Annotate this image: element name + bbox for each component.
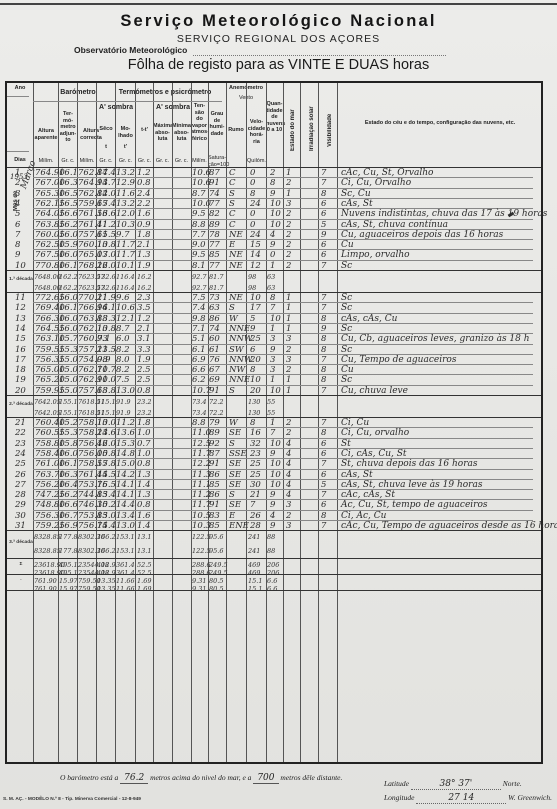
summary-value: 115.1: [97, 409, 116, 417]
summary-value: 122.5: [192, 533, 211, 541]
cell-diff: 1.6: [137, 511, 151, 521]
cell-tensao: 7.4: [192, 303, 206, 313]
cell-term: 16.2: [59, 490, 78, 500]
cell-term: 15.9: [59, 240, 78, 250]
cell-vis: 7: [321, 303, 326, 313]
cell-diff: 0.8: [137, 500, 151, 510]
col-quantidade: Quan-tidade de nuvens 0 a 10: [266, 101, 283, 134]
summary-value: 52.5: [137, 569, 151, 577]
day-number: 23: [15, 439, 26, 449]
cell-mar: 3: [286, 334, 291, 344]
cell-molh: 8.2: [116, 345, 130, 355]
cell-rumo: W: [229, 418, 238, 428]
cell-vel: 10: [250, 293, 261, 303]
cell-term: 16.9: [59, 521, 78, 531]
cell-molh: 14.2: [116, 470, 135, 480]
cell-nuv: 8: [270, 178, 275, 188]
cell-nuv: 7: [270, 428, 275, 438]
cell-vel: 0: [250, 178, 255, 188]
cell-rumo: C: [229, 220, 236, 230]
cell-mar: 2: [286, 418, 291, 428]
summary-value: 132.6: [97, 273, 116, 281]
cell-diff: 0.8: [137, 178, 151, 188]
cell-vel: 32: [250, 439, 261, 449]
cell-vel: 25: [250, 459, 261, 469]
cell-molh: 15.0: [116, 459, 135, 469]
cell-molh: 13.2: [116, 199, 135, 209]
cell-mar: 1: [286, 314, 291, 324]
summary-value: 153.1: [116, 547, 135, 555]
cell-vel: 9: [250, 324, 255, 334]
col-ano: Ano: [8, 85, 32, 92]
day-number: 12: [15, 303, 26, 313]
summary-value: 162.2: [59, 273, 78, 281]
cell-rumo: SSE: [229, 449, 247, 459]
cell-term: 16.2: [59, 220, 78, 230]
col-maxima: Máxima abso-luta: [153, 123, 172, 143]
cell-nuv: 3: [270, 365, 275, 375]
cell-rumo: NNE: [229, 324, 250, 334]
cell-grau: 74: [209, 324, 220, 334]
cell-mar: 4: [286, 439, 291, 449]
cell-nuv: 9: [270, 345, 275, 355]
cell-vel: 20: [250, 355, 261, 365]
cell-tensao: 8.7: [192, 189, 206, 199]
cell-nuv: 4: [270, 230, 275, 240]
col-a-sombra-2: A' sombra: [153, 105, 193, 112]
summary-value: 23.2: [137, 409, 151, 417]
summary-value: 11.66: [116, 585, 135, 593]
cell-rumo: SE: [229, 480, 241, 490]
cell-mar: 4: [286, 459, 291, 469]
cell-vis: 7: [321, 293, 326, 303]
cell-term: 15.0: [59, 355, 78, 365]
summary-value: 95.6: [209, 547, 223, 555]
col-molhado: Mo-lhado: [116, 126, 135, 139]
cell-seco: 13.3: [97, 314, 116, 324]
cell-seco: 14.6: [97, 428, 116, 438]
summary-value: 166.2: [97, 533, 116, 541]
cell-vel: 8: [250, 418, 255, 428]
observatory-blank-line: [193, 55, 446, 56]
summary-value: 288.6: [192, 561, 211, 569]
cell-mar: 2: [286, 209, 291, 219]
cell-molh: 9.7: [116, 230, 130, 240]
summary-value: 13.35: [97, 585, 116, 593]
summary-value: 116.4: [116, 273, 135, 281]
cell-vis: 7: [321, 261, 326, 271]
cell-molh: 6.0: [116, 334, 130, 344]
day-number: 31: [15, 521, 26, 531]
cell-grau: 79: [209, 418, 220, 428]
cell-grau: 85: [209, 521, 220, 531]
cell-molh: 15.3: [116, 439, 135, 449]
cell-diff: 1.4: [137, 480, 151, 490]
cell-vel: 0: [250, 168, 255, 178]
cell-nuv: 1: [270, 261, 275, 271]
summary-value: 495.1: [59, 561, 78, 569]
summary-value: 166.2: [97, 547, 116, 555]
cell-seco: 11.2: [97, 220, 116, 230]
summary-label: 3.ª década: [8, 540, 34, 546]
cell-seco: 11.5: [97, 230, 116, 240]
cell-term: 15.2: [59, 418, 78, 428]
summary-value: 13.35: [97, 577, 116, 585]
cell-vis: 7: [321, 459, 326, 469]
cell-molh: 12.1: [116, 314, 135, 324]
cell-grau: 85: [209, 250, 220, 260]
day-number: 10: [15, 261, 26, 271]
cell-vis: 6: [321, 470, 326, 480]
col-minima: Mínima abso-luta: [172, 123, 191, 143]
cell-seco: 15.0: [97, 511, 116, 521]
day-number: 21: [15, 418, 26, 428]
cell-molh: 14.1: [116, 480, 135, 490]
cell-nuv: 1: [270, 324, 275, 334]
cell-nuv: 10: [270, 220, 281, 230]
cell-molh: 8.2: [116, 365, 130, 375]
cell-term: 16.4: [59, 480, 78, 490]
summary-value: 116.4: [116, 284, 135, 292]
latitude-line: Latitude 38° 37' Norte.: [384, 779, 522, 790]
cell-diff: 2.5: [137, 375, 151, 385]
cell-vel: 20: [250, 386, 261, 396]
cell-mar: 1: [286, 324, 291, 334]
cell-tensao: 6.9: [192, 355, 206, 365]
cell-grau: 87: [209, 449, 220, 459]
cell-tensao: 9.8: [192, 314, 206, 324]
cell-term: 15.0: [59, 375, 78, 385]
cell-vel: 23: [250, 449, 261, 459]
cell-mar: 1: [286, 189, 291, 199]
cell-nuv: 10: [270, 459, 281, 469]
day-number: 30: [15, 511, 26, 521]
summary-value: 115.1: [97, 398, 116, 406]
cell-tensao: 9.5: [192, 250, 206, 260]
cell-vis: 7: [321, 355, 326, 365]
cell-diff: 2.5: [137, 365, 151, 375]
cell-nuv: 1: [270, 418, 275, 428]
cell-diff: 1.0: [137, 449, 151, 459]
cell-vis: 9: [321, 230, 326, 240]
cell-diff: 1.8: [137, 230, 151, 240]
cell-rumo: C: [229, 178, 236, 188]
summary-value: 469: [248, 561, 260, 569]
cell-rumo: E: [229, 511, 235, 521]
cell-mar: 2: [286, 240, 291, 250]
barometer-mid: metros acima do nivel do mar, e a: [150, 773, 251, 782]
summary-value: 495.1: [59, 569, 78, 577]
summary-value: 206: [267, 569, 279, 577]
day-number: 20: [15, 386, 26, 396]
cell-vis: 8: [321, 189, 326, 199]
summary-value: 73.4: [192, 409, 206, 417]
cell-nuv: 10: [270, 480, 281, 490]
cell-seco: 14.0: [97, 189, 116, 199]
cell-vel: 12: [250, 261, 261, 271]
col-seco: Sêco: [97, 126, 115, 133]
cell-tensao: 9.5: [192, 209, 206, 219]
cell-mar: 2: [286, 365, 291, 375]
cell-term: 15.0: [59, 365, 78, 375]
day-number: 8: [15, 240, 20, 250]
cell-vis: 7: [321, 418, 326, 428]
cell-vis: 6: [321, 250, 326, 260]
day-number: 2: [15, 178, 20, 188]
cell-seco: 10.7: [97, 365, 116, 375]
cell-molh: 11.7: [116, 240, 135, 250]
day-number: 28: [15, 490, 26, 500]
cell-grau: 89: [209, 220, 220, 230]
cell-seco: 13.0: [97, 418, 116, 428]
summary-value: 6.6: [267, 577, 277, 585]
cell-seco: 15.2: [97, 500, 116, 510]
day-number: 6: [15, 220, 20, 230]
cell-nuv: 4: [270, 511, 275, 521]
cell-nuv: 3: [270, 334, 275, 344]
day-number: 1: [15, 168, 20, 178]
cell-vis: 7: [321, 168, 326, 178]
longitude-line: Longitude 27 14 W. Greenwich.: [384, 793, 552, 804]
col-altura-aparente: Altura aparente: [34, 128, 58, 141]
summary-label: ·: [8, 578, 34, 584]
cell-grau: 60: [209, 334, 220, 344]
cell-molh: 11.6: [116, 189, 135, 199]
cell-tensao: 8.8: [192, 220, 206, 230]
cell-vel: 7: [250, 500, 255, 510]
cell-vel: 5: [250, 314, 255, 324]
summary-value: 92.7: [192, 284, 206, 292]
cell-seco: 16.0: [97, 439, 116, 449]
summary-value: 7642.05: [34, 398, 61, 406]
cell-vel: 17: [250, 303, 261, 313]
cell-tensao: 7.7: [192, 230, 206, 240]
cell-mar: 4: [286, 490, 291, 500]
cell-vel: 25: [250, 334, 261, 344]
summary-label: Σ: [8, 562, 34, 568]
cell-seco: 15.5: [97, 480, 116, 490]
summary-value: 249.5: [209, 569, 228, 577]
cell-seco: 9.9: [97, 355, 111, 365]
cell-diff: 1.2: [137, 314, 151, 324]
day-number: 26: [15, 470, 26, 480]
unit-tensao: Milím.: [191, 158, 208, 165]
cell-tensao: 6.1: [192, 345, 206, 355]
cell-vis: 6: [321, 449, 326, 459]
cell-term: 16.1: [59, 261, 78, 271]
cell-nuv: 9: [270, 490, 275, 500]
cell-seco: 13.8: [97, 240, 116, 250]
cell-mar: 2: [286, 220, 291, 230]
cell-term: 15.0: [59, 386, 78, 396]
cell-vis: 6: [321, 209, 326, 219]
cell-grau: 91: [209, 459, 220, 469]
cell-diff: 3.5: [137, 303, 151, 313]
day-number: 7: [15, 230, 20, 240]
cell-mar: 2: [286, 511, 291, 521]
cell-rumo: ENE: [229, 521, 249, 531]
summary-value: 241: [248, 547, 260, 555]
observatory-label: Observatório Meteorológico: [74, 45, 187, 55]
summary-value: 72.2: [209, 398, 223, 406]
summary-value: 361.4: [116, 561, 135, 569]
summary-value: 16.2: [137, 284, 151, 292]
cell-mar: 1: [286, 293, 291, 303]
summary-value: 7648.00: [34, 284, 61, 292]
cell-tensao: 5.1: [192, 334, 206, 344]
cell-mar: 1: [286, 375, 291, 385]
col-irradiacao: Irradiação solar: [309, 91, 315, 166]
cell-term: 16.1: [59, 459, 78, 469]
cell-rumo: SE: [229, 500, 241, 510]
cell-term: 16.5: [59, 189, 78, 199]
cell-seco: 15.5: [97, 470, 116, 480]
cell-diff: 0.8: [137, 386, 151, 396]
col-termometro-adjunto: Ter-mó-metro adjun-to: [59, 111, 77, 144]
cell-remark: Ci, Cu, orvalho: [341, 427, 409, 439]
cell-tensao: 8.8: [192, 418, 206, 428]
cell-tensao: 7.1: [192, 324, 206, 334]
cell-grau: 67: [209, 365, 220, 375]
latitude-label: Latitude: [384, 779, 409, 788]
col-rumo: Rumo: [226, 127, 246, 134]
cell-vis: 8: [321, 511, 326, 521]
col-velocidade: Velo-cidade horá-ria: [247, 119, 266, 145]
cell-rumo: SE: [229, 470, 241, 480]
summary-value: 130: [248, 409, 260, 417]
cell-diff: 1.0: [137, 428, 151, 438]
cell-term: 15.7: [59, 334, 78, 344]
cell-rumo: C: [229, 209, 236, 219]
cell-nuv: 7: [270, 303, 275, 313]
cell-term: 16.0: [59, 324, 78, 334]
cell-tensao: 8.1: [192, 261, 206, 271]
cell-grau: 77: [209, 199, 220, 209]
cell-rumo: NE: [229, 250, 243, 260]
cell-grau: 76: [209, 355, 220, 365]
unit-t-diff: Gr. c.: [136, 158, 153, 165]
summary-value: 98: [248, 273, 256, 281]
cell-vis: 7: [321, 490, 326, 500]
cell-grau: 86: [209, 314, 220, 324]
summary-value: 55: [267, 409, 275, 417]
cell-tensao: 9.0: [192, 240, 206, 250]
cell-term: 15.3: [59, 345, 78, 355]
cell-grau: 61: [209, 345, 220, 355]
cell-rumo: NW: [229, 365, 245, 375]
cell-term: 15.3: [59, 428, 78, 438]
cell-diff: 0.9: [137, 220, 151, 230]
summary-value: 15.97: [59, 577, 78, 585]
form-model-label: S. M. AÇ. - MODÊLO N.º 8 - Tip. Minerva …: [3, 797, 141, 802]
summary-value: 98: [248, 284, 256, 292]
cell-diff: 1.6: [137, 209, 151, 219]
cell-seco: 10.8: [97, 324, 116, 334]
cell-diff: 2.2: [137, 199, 151, 209]
cell-grau: 77: [209, 261, 220, 271]
register-table: Ano 1953 Mês de Março Dias Barómetro Alt…: [5, 81, 543, 764]
cell-rumo: C: [229, 168, 236, 178]
cell-grau: 63: [209, 303, 220, 313]
cell-mar: 1: [286, 168, 291, 178]
page-subtitle: SERVIÇO REGIONAL DOS AÇORES: [0, 33, 557, 45]
cell-rumo: SE: [229, 459, 241, 469]
day-number: 22: [15, 428, 26, 438]
cell-vis: 5: [321, 220, 326, 230]
cell-seco: 15.8: [97, 449, 116, 459]
cell-mar: 1: [286, 386, 291, 396]
cell-vel: 21: [250, 490, 261, 500]
cell-diff: 2.4: [137, 189, 151, 199]
day-number: 15: [15, 334, 26, 344]
cell-nuv: 2: [270, 168, 275, 178]
day-number: 5: [15, 209, 20, 219]
cell-grau: 86: [209, 490, 220, 500]
cell-term: 16.5: [59, 199, 78, 209]
summary-value: 8328.85: [34, 547, 61, 555]
summary-value: 11.66: [116, 577, 135, 585]
unit-altura-correcta: Milím.: [78, 158, 96, 165]
cell-rumo: NE: [229, 261, 243, 271]
col-dias: Dias: [8, 157, 32, 164]
cell-seco: 13.0: [97, 250, 116, 260]
summary-value: 206: [267, 561, 279, 569]
cell-term: 16.3: [59, 178, 78, 188]
summary-value: 95.6: [209, 533, 223, 541]
day-number: 3: [15, 189, 20, 199]
cell-rumo: W: [229, 314, 238, 324]
summary-value: 81.7: [209, 273, 223, 281]
cell-seco: 14.4: [97, 521, 116, 531]
cell-molh: 14.8: [116, 449, 135, 459]
summary-value: 130: [248, 398, 260, 406]
cell-molh: 13.0: [116, 386, 135, 396]
summary-value: 15.97: [59, 585, 78, 593]
cell-term: 16.1: [59, 168, 78, 178]
cell-seco: 12.0: [97, 261, 116, 271]
day-number: 29: [15, 500, 26, 510]
cell-remark: Cu, aguaceiros depois das 16 horas: [341, 229, 503, 241]
cell-seco: 15.8: [97, 459, 116, 469]
cell-vis: 8: [321, 365, 326, 375]
summary-value: 15.1: [248, 585, 262, 593]
cell-nuv: 9: [270, 521, 275, 531]
longitude-label: Longitude: [384, 793, 414, 802]
cell-term: 16.3: [59, 470, 78, 480]
summary-value: 52.5: [137, 561, 151, 569]
cell-nuv: 9: [270, 240, 275, 250]
unit-molhado: Gr. c.: [116, 158, 135, 165]
cell-diff: 3.1: [137, 334, 151, 344]
cell-diff: 1.9: [137, 355, 151, 365]
cell-grau: 92: [209, 439, 220, 449]
col-estado-mar: Estado do mar: [290, 95, 296, 165]
summary-value: 162.2: [59, 284, 78, 292]
seco-symbol: t: [97, 144, 115, 151]
summary-value: 761.90: [34, 585, 57, 593]
cell-molh: 8.7: [116, 324, 130, 334]
summary-value: 9.31: [192, 585, 206, 593]
cell-mar: 4: [286, 470, 291, 480]
cell-grau: 85: [209, 480, 220, 490]
cell-mar: 4: [286, 480, 291, 490]
cell-vel: 6: [250, 345, 255, 355]
cell-diff: 0.8: [137, 459, 151, 469]
summary-value: 6.6: [267, 585, 277, 593]
cell-term: 16.0: [59, 293, 78, 303]
cell-vis: 8: [321, 345, 326, 355]
cell-vis: 6: [321, 240, 326, 250]
